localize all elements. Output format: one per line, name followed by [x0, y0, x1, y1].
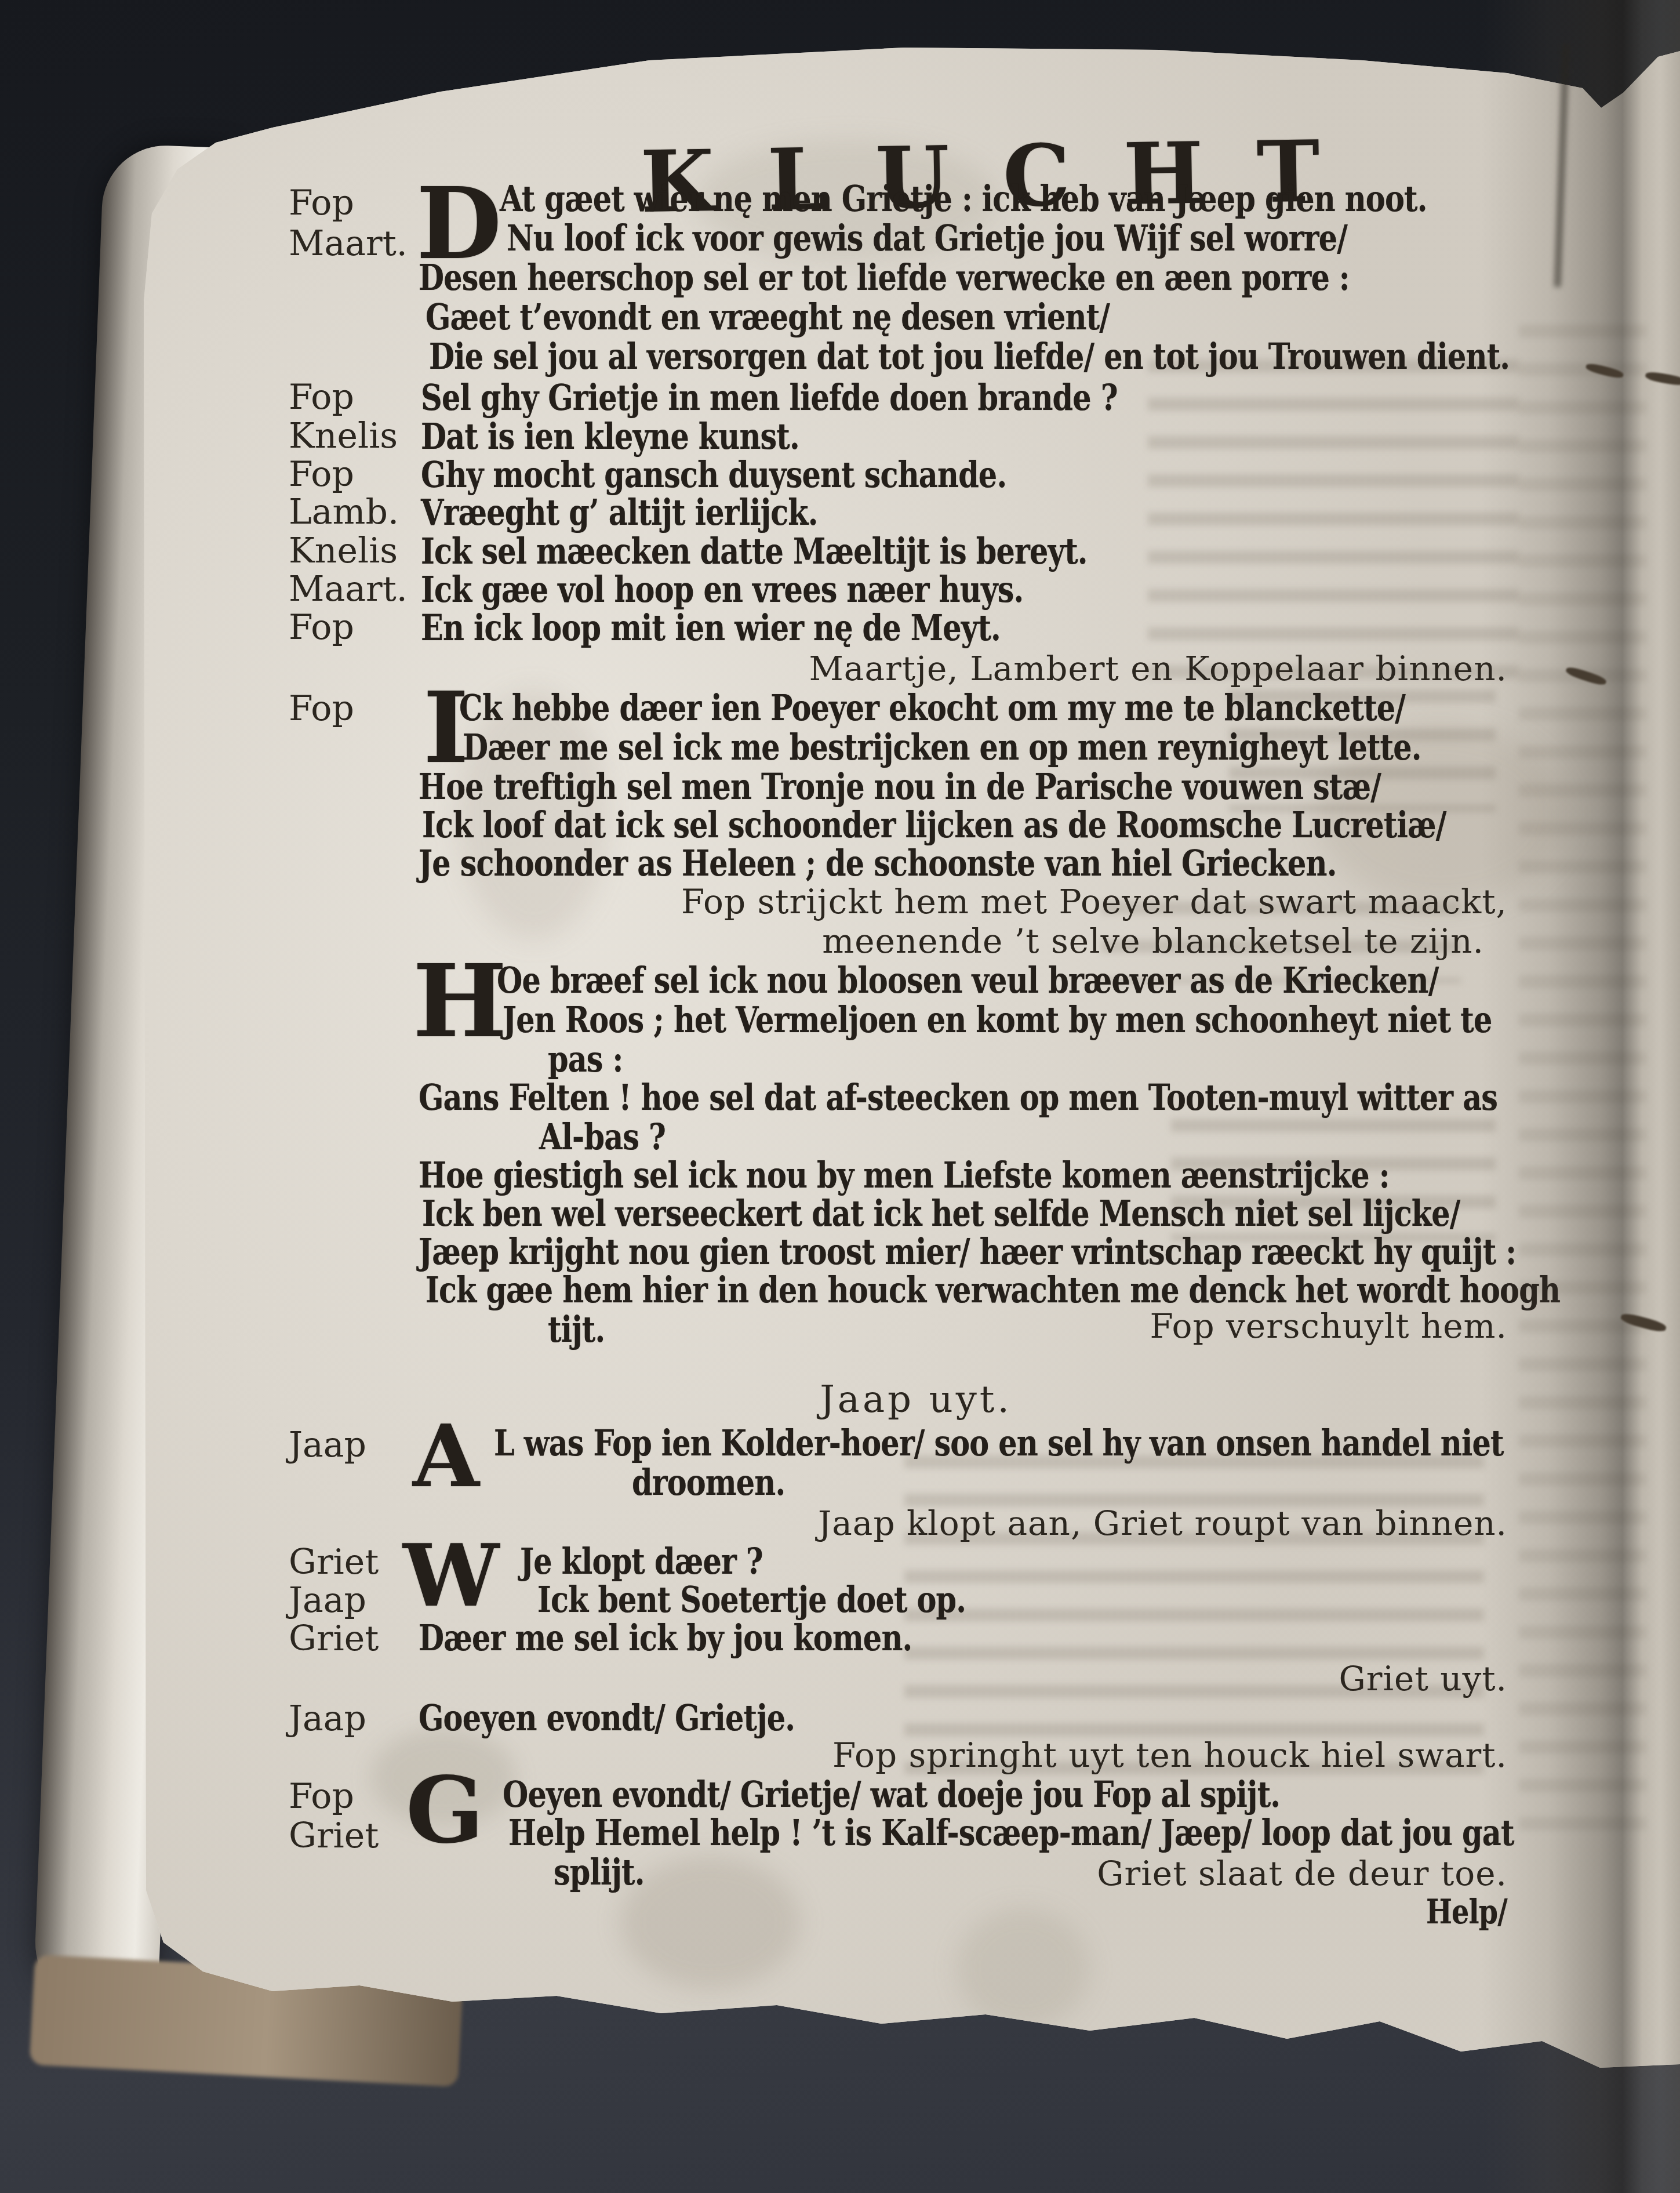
book-photo: KLUCHT Fop Maart. D At gæet wier nę men …: [0, 0, 1680, 2193]
dialogue-line: Sel ghy Grietje in men liefde doen brand…: [421, 380, 1118, 416]
dialogue-line: Oeyen evondt/ Grietje/ wat doeje jou Fop…: [503, 1777, 1280, 1813]
dialogue-line: Al-bas ?: [539, 1119, 666, 1155]
dialogue-line: Je klopt dæer ?: [520, 1544, 763, 1580]
speaker-label: Lamb.: [289, 495, 399, 529]
speaker-label: Maart.: [289, 572, 408, 607]
speaker-label: Jaap: [289, 1701, 366, 1736]
stage-direction: Maartje, Lambert en Koppelaar binnen.: [809, 652, 1507, 685]
speaker-label: Fop: [289, 691, 354, 726]
dialogue-line: Gæet t’evondt en vræeght nę desen vrient…: [426, 299, 1110, 335]
dialogue-line: Dæer me sel ick by jou komen.: [419, 1620, 912, 1656]
dialogue-line: Ck hebbe dæer ien Poeyer ekocht om my me…: [459, 690, 1405, 726]
speaker-label: Fop: [289, 1779, 354, 1814]
stage-direction: Fop springht uyt ten houck hiel swart.: [832, 1738, 1507, 1772]
dialogue-line: Ick loof dat ick sel schoonder lijcken a…: [422, 807, 1446, 843]
dialogue-line: Gans Felten ! hoe sel dat af-steecken op…: [419, 1080, 1497, 1116]
dialogue-line: Dat is ien kleyne kunst.: [421, 419, 799, 455]
dialogue-line: Jen Roos ; het Vermeljoen en komt by men…: [503, 1002, 1492, 1038]
dialogue-line: Ick gæe vol hoop en vrees næer huys.: [421, 572, 1023, 608]
dialogue-line: Jæep krijght nou gien troost mier/ hæer …: [419, 1234, 1516, 1270]
speaker-label: Maart.: [289, 226, 408, 261]
dialogue-line: Ick bent Soetertje doet op.: [537, 1582, 966, 1618]
speaker-label: Griet: [289, 1545, 379, 1580]
paper-stain: [957, 1908, 1090, 2029]
dialogue-line: Ghy mocht gansch duysent schande.: [421, 457, 1006, 493]
speaker-label: Knelis: [289, 533, 398, 568]
dialogue-line: tijt.: [548, 1312, 605, 1348]
dialogue-line: Ick gæe hem hier in den houck verwachten…: [426, 1272, 1560, 1308]
dialogue-line: Ick sel mæecken datte Mæeltijt is bereyt…: [421, 533, 1088, 569]
catchword: Help/: [1426, 1895, 1507, 1929]
speaker-label: Knelis: [289, 419, 398, 453]
dialogue-line: At gæet wier nę men Grietje : ick heb va…: [500, 181, 1427, 217]
dialogue-line: Oe bræef sel ick nou bloosen veul bræeve…: [497, 963, 1438, 999]
stage-direction: Griet slaat de deur toe.: [1097, 1857, 1507, 1890]
stage-direction: Griet uyt.: [1339, 1662, 1507, 1695]
dialogue-line: L was Fop ien Kolder-hoer/ soo en sel hy…: [494, 1425, 1504, 1461]
drop-cap: D: [416, 184, 501, 263]
book-page: KLUCHT Fop Maart. D At gæet wier nę men …: [0, 0, 1680, 2193]
dialogue-line: Die sel jou al versorgen dat tot jou lie…: [429, 339, 1510, 375]
dialogue-line: Ick ben wel verseeckert dat ick het self…: [422, 1196, 1460, 1232]
speaker-label: Jaap: [289, 1583, 366, 1618]
stage-direction: Fop strijckt hem met Poeyer dat swart ma…: [681, 885, 1507, 918]
speaker-label: Griet: [289, 1621, 379, 1656]
dialogue-line: Help Hemel help ! ’t is Kalf-scæep-man/ …: [508, 1815, 1514, 1851]
drop-cap: A: [413, 1422, 479, 1490]
ink-bleedthrough: [1148, 360, 1519, 684]
dialogue-line: Je schoonder as Heleen ; de schoonste va…: [419, 845, 1337, 881]
drop-cap: H: [413, 961, 507, 1041]
dialogue-line: Goeyen evondt/ Grietje.: [419, 1700, 795, 1736]
dialogue-line: Vræeght g’ altijt ierlijck.: [421, 495, 818, 531]
dialogue-line: Hoe treftigh sel men Tronje nou in de Pa…: [419, 769, 1381, 805]
speaker-label: Fop: [289, 186, 354, 220]
dialogue-line: Desen heerschop sel er tot liefde verwec…: [419, 260, 1350, 296]
dialogue-line: En ick loop mit ien wier nę de Meyt.: [421, 610, 1001, 646]
dialogue-line: Nu loof ick voor gewis dat Grietje jou W…: [507, 220, 1347, 256]
dialogue-line: droomen.: [632, 1465, 785, 1501]
speaker-label: Jaap: [289, 1428, 366, 1462]
speaker-label: Fop: [289, 457, 354, 492]
speaker-label: Fop: [289, 380, 354, 415]
drop-cap: G: [406, 1774, 484, 1847]
stage-direction: Jaap klopt aan, Griet roupt van binnen.: [818, 1506, 1507, 1540]
drop-cap: W: [403, 1541, 499, 1610]
speaker-label: Fop: [289, 610, 354, 645]
scene-heading: Jaap uyt.: [771, 1381, 1061, 1418]
dialogue-line: pas :: [548, 1041, 623, 1077]
speaker-label: Griet: [289, 1818, 379, 1853]
dialogue-line: Dæer me sel ick me bestrijcken en op men…: [463, 729, 1421, 765]
ink-bleedthrough: [1519, 325, 1646, 1844]
dialogue-line: splijt.: [554, 1854, 645, 1890]
stage-direction: meenende ’t selve blancketsel te zijn.: [822, 924, 1484, 958]
paper-stain: [620, 1856, 800, 1989]
dialogue-line: Hoe giestigh sel ick nou by men Liefste …: [419, 1157, 1390, 1193]
stage-direction: Fop verschuylt hem.: [1150, 1309, 1507, 1343]
